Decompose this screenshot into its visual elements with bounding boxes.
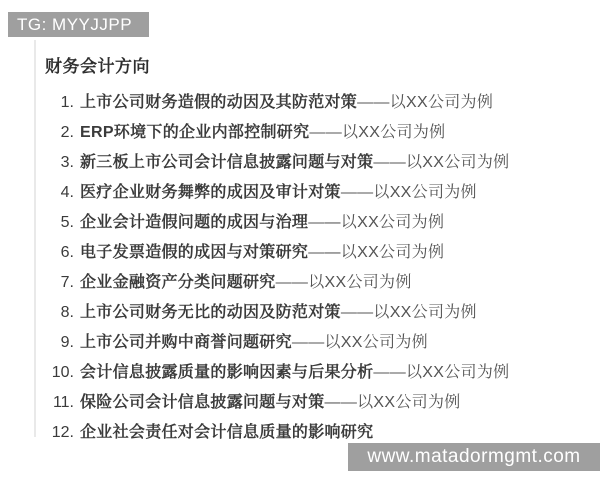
topic-example-suffix: ——以XX公司为例 [308,208,444,238]
topic-example-suffix: ——以XX公司为例 [308,238,444,268]
topic-number: 8. [34,298,74,328]
topic-title: 新三板上市公司会计信息披露问题与对策 [80,148,373,178]
topic-number: 7. [34,268,74,298]
topic-number: 6. [34,238,74,268]
list-item: 3.新三板上市公司会计信息披露问题与对策——以XX公司为例 [34,148,594,178]
page-title: 财务会计方向 [45,52,150,77]
list-item: 1.上市公司财务造假的动因及其防范对策——以XX公司为例 [34,88,594,118]
topic-number: 3. [34,148,74,178]
topic-title: ERP环境下的企业内部控制研究 [80,118,309,148]
list-item: 6.电子发票造假的成因与对策研究——以XX公司为例 [34,238,594,268]
list-item: 10.会计信息披露质量的影响因素与后果分析——以XX公司为例 [34,358,594,388]
topic-title: 企业社会责任对会计信息质量的影响研究 [80,418,373,448]
list-item: 7.企业金融资产分类问题研究——以XX公司为例 [34,268,594,298]
topic-example-suffix: ——以XX公司为例 [292,328,428,358]
topic-title: 上市公司财务造假的动因及其防范对策 [80,88,357,118]
topic-number: 11. [34,388,74,418]
tg-channel-badge: TG: MYYJJPP [8,12,149,37]
list-item: 11.保险公司会计信息披露问题与对策——以XX公司为例 [34,388,594,418]
topic-title: 保险公司会计信息披露问题与对策 [80,388,325,418]
topic-list: 1.上市公司财务造假的动因及其防范对策——以XX公司为例2.ERP环境下的企业内… [34,88,594,448]
topic-number: 9. [34,328,74,358]
watermark-url: www.matadormgmt.com [348,443,600,471]
list-item: 2.ERP环境下的企业内部控制研究——以XX公司为例 [34,118,594,148]
topic-example-suffix: ——以XX公司为例 [325,388,461,418]
list-item: 4.医疗企业财务舞弊的成因及审计对策——以XX公司为例 [34,178,594,208]
topic-number: 10. [34,358,74,388]
topic-title: 企业金融资产分类问题研究 [80,268,276,298]
topic-example-suffix: ——以XX公司为例 [309,118,445,148]
topic-title: 会计信息披露质量的影响因素与后果分析 [80,358,373,388]
topic-title: 医疗企业财务舞弊的成因及审计对策 [80,178,341,208]
topic-title: 上市公司并购中商誉问题研究 [80,328,292,358]
topic-number: 4. [34,178,74,208]
topic-title: 企业会计造假问题的成因与治理 [80,208,308,238]
topic-number: 5. [34,208,74,238]
list-item: 9.上市公司并购中商誉问题研究——以XX公司为例 [34,328,594,358]
topic-example-suffix: ——以XX公司为例 [341,298,477,328]
topic-example-suffix: ——以XX公司为例 [276,268,412,298]
topic-example-suffix: ——以XX公司为例 [357,88,493,118]
topic-number: 1. [34,88,74,118]
topic-number: 12. [34,418,74,448]
list-item: 5.企业会计造假问题的成因与治理——以XX公司为例 [34,208,594,238]
topic-number: 2. [34,118,74,148]
topic-example-suffix: ——以XX公司为例 [341,178,477,208]
topic-example-suffix: ——以XX公司为例 [373,358,509,388]
topic-title: 上市公司财务无比的动因及防范对策 [80,298,341,328]
topic-example-suffix: ——以XX公司为例 [373,148,509,178]
topic-title: 电子发票造假的成因与对策研究 [80,238,308,268]
list-item: 8.上市公司财务无比的动因及防范对策——以XX公司为例 [34,298,594,328]
